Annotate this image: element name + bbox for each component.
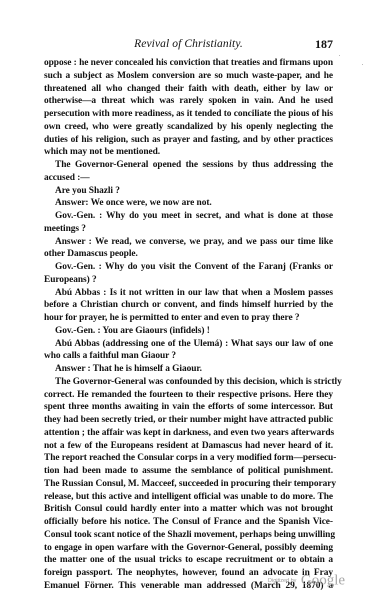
text-line: tion had been made to assume the semblan… [44,465,333,478]
text-line: Answer : We read, we converse, we pray, … [44,236,333,249]
text-line: Abú Abbas (addressing one of the Ulemá) … [44,338,333,351]
text-line: The Governor-General opened the sessions… [44,159,333,172]
text-line: accused :— [44,172,333,185]
running-head: Revival of Christianity. 187 [44,38,333,54]
text-line: Europeans) ? [44,274,333,287]
text-line: Are you Shazli ? [44,185,333,198]
text-line: Gov.-Gen. : You are Giaours (infidels) ! [44,325,333,338]
text-line: British Consul could hardly enter into a… [44,503,333,516]
text-line: which may not be mentioned. [44,146,333,159]
text-line: release, but this active and intelligent… [44,491,333,504]
text-line: Answer : That he is himself a Giaour. [44,363,333,376]
text-line: they had been secretly tried, or their n… [44,414,333,427]
text-line: Abú Abbas : Is it not written in our law… [44,287,333,300]
text-line: meetings ? [44,223,333,236]
text-line: who calls a faithful man Giaour ? [44,350,333,363]
text-line: The report reached the Consular corps in… [44,452,333,465]
text-line: officially before his notice. The Consul… [44,516,333,529]
text-line: duties of his religion, such as prayer a… [44,134,333,147]
watermark-prefix: Digitized by [268,578,296,584]
google-logo-text: Google [301,572,345,588]
text-line: not a few of the Europeans resident at D… [44,440,333,453]
text-line: other Damascus people. [44,248,333,261]
text-line: hour for prayer, he is permitted to ente… [44,312,333,325]
text-line: spent three months awaiting in vain the … [44,401,333,414]
scan-speck [196,68,197,69]
running-title: Revival of Christianity. [44,38,333,50]
text-line: such a subject as Moslem conversion are … [44,70,333,83]
text-line: otherwise—a threat which was rarely spok… [44,95,333,108]
body-text: oppose : he never concealed his convicti… [44,57,333,593]
text-line: own creed, who were greatly scandalized … [44,121,333,134]
scan-speck [339,55,340,56]
text-line: Answer: We once were, we now are not. [44,197,333,210]
text-line: The Governor-General was confounded by t… [44,376,333,389]
book-page: Revival of Christianity. 187 oppose : he… [44,38,333,593]
text-line: Consul took scant notice of the Shazli m… [44,529,333,542]
text-line: before a Christian church or convent, an… [44,299,333,312]
text-line: persecution with more readiness, as it t… [44,108,333,121]
text-line: attention ; the affair was kept in darkn… [44,427,333,440]
text-line: to engage in open warfare with the Gover… [44,542,333,555]
text-line: threatened all who changed their faith w… [44,83,333,96]
text-line: oppose : he never concealed his convicti… [44,57,333,70]
scan-speck [362,64,363,65]
digitized-by-google-watermark: Digitized by Google [268,572,345,590]
text-line: correct. He remanded the fourteen to the… [44,389,333,402]
page-number: 187 [315,37,333,52]
text-line: The Russian Consul, M. Macceef, succeede… [44,478,333,491]
text-line: Gov.-Gen. : Why do you meet in secret, a… [44,210,333,223]
text-line: Gov.-Gen. : Why do you visit the Convent… [44,261,333,274]
text-line: the matter one of the usual tricks to es… [44,554,333,567]
